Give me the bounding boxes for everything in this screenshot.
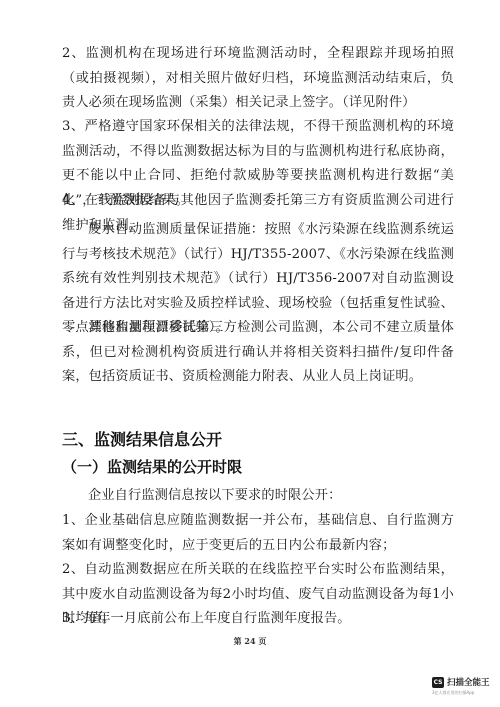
- camscanner-logo-icon: CS: [432, 677, 444, 688]
- disclosure-intro: 企业自行监测信息按以下要求的时限公开：: [62, 484, 454, 509]
- document-page: 2、监测机构在现场进行环境监测活动时，全程跟踪并现场拍照（或拍摄视频），对相关照…: [0, 0, 500, 707]
- paragraph-item-2: 2、监测机构在现场进行环境监测活动时，全程跟踪并现场拍照（或拍摄视频），对相关照…: [62, 42, 454, 116]
- disclosure-item-1: 1、企业基础信息应随监测数据一并公布，基础信息、自行监测方案如有调整变化时，应于…: [62, 509, 454, 558]
- disclosure-item-3: 3、每年一月底前公布上年度自行监测年度报告。: [62, 607, 454, 632]
- page-number: 第 24 页: [0, 636, 500, 647]
- watermark-app-name: 扫描全能王: [447, 676, 490, 688]
- watermark-tagline: 3亿人都在用的扫描App: [432, 690, 474, 696]
- camscanner-watermark: CS 扫描全能王 3亿人都在用的扫描App: [432, 677, 498, 705]
- subsection-heading: （一）监测结果的公开时限: [62, 456, 242, 477]
- section-heading: 三、监测结果信息公开: [62, 427, 222, 450]
- paragraph-other-monitoring: 其他监测项目委托第三方检测公司监测，本公司不建立质量体系，但已对检测机构资质进行…: [62, 316, 454, 390]
